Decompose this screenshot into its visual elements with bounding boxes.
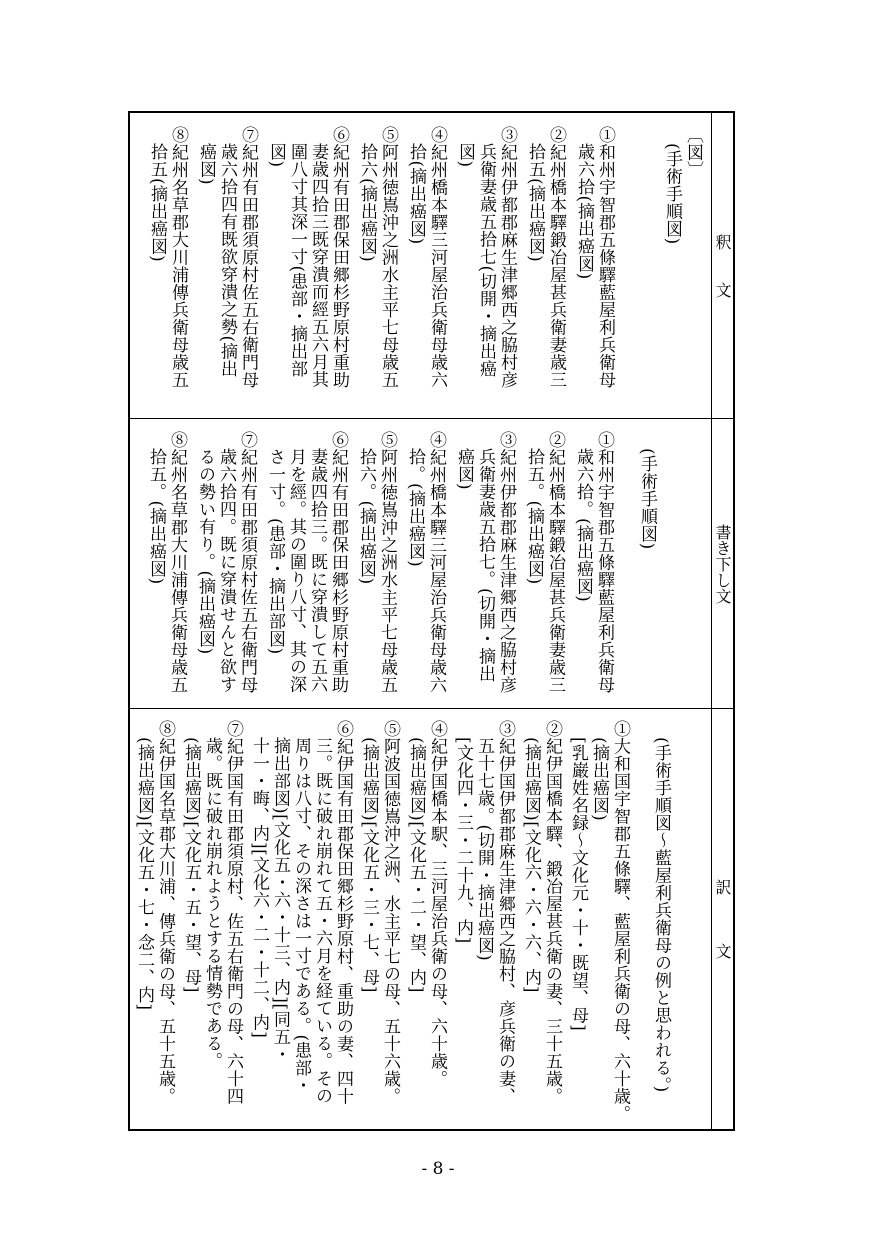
entry-first-column: ⑥紀伊国有田郡保田郷杉野原村、重助の妻、四十 <box>332 720 353 1129</box>
entry-continuation-column: 兵衛妻歳五拾七(切開・摘出癌 <box>475 126 496 418</box>
section-yakubun-content: (手術手順図〜藍屋利兵衛母の例と思われる。)①大和国宇智郡五條驛、藍屋利兵衛の母… <box>130 709 711 1129</box>
entry-continuation-column: 三。既に破れ崩れて五・六月を経ている。その <box>311 720 332 1129</box>
section-kakikudashibun-label: 書き下し文 <box>711 419 733 708</box>
heading-column: (手術手順図) <box>636 431 657 708</box>
section-label-text: 訳 文 <box>713 879 732 959</box>
case-entry: ⑤阿州徳嶌沖之洲水主平七母歳五拾六(摘出癌図) <box>356 126 398 418</box>
entry-continuation-column: 図) <box>265 126 286 418</box>
entry-continuation-column: 歳六拾(摘出癌図) <box>573 126 594 418</box>
entry-continuation-column: 拾五。(摘出癌図) <box>145 431 166 708</box>
entry-continuation-column: 摘出部図)[文化五・六・十三、内][同五・ <box>269 720 290 1129</box>
case-entry: ④紀伊国橋本駅、三河屋治兵衛の母、六十歳。(摘出癌図)[文化五・二・望、内] <box>405 720 447 1129</box>
case-entry: ①和州宇智郡五條驛藍屋利兵衛母歳六拾。(摘出癌図) <box>572 431 614 708</box>
entry-continuation-column: るの勢い有り。(摘出癌図) <box>194 431 215 708</box>
entry-continuation-column: 圍八寸其深一寸(患部・摘出部 <box>286 126 307 418</box>
section-shakubun-label: 釈 文 <box>711 113 733 418</box>
entry-continuation-column: 拾六(摘出癌図) <box>356 126 377 418</box>
entry-first-column: ⑤阿波国徳嶌沖之洲、水主平七の母、五十六歳。 <box>379 720 400 1129</box>
entry-continuation-column: 妻歳四拾三。既に穿潰して五六 <box>306 431 327 708</box>
entry-continuation-column: 歳六拾四有既欲穿潰之勢(摘出 <box>216 126 237 418</box>
entry-first-column: ①和州宇智郡五條驛藍屋利兵衛母 <box>594 126 615 418</box>
case-entry: ②紀伊国橋本驛、鍛冶屋甚兵衛の妻、三十五歳。(摘出癌図)[文化六・六・六、内] <box>520 720 562 1129</box>
entry-continuation-column: [乳巌姓名録〜文化元・十・既望、母] <box>567 720 588 1129</box>
three-band-table: 〔図〕(手術手順図)①和州宇智郡五條驛藍屋利兵衛母歳六拾(摘出癌図)②紀州橋本驛… <box>128 111 735 1131</box>
entry-continuation-column: 歳六拾四。既に穿潰せんと欲す <box>215 431 236 708</box>
heading-column: (手術手順図〜藍屋利兵衛母の例と思われる。) <box>650 720 671 1129</box>
section-kakikudashibun-content: (手術手順図)①和州宇智郡五條驛藍屋利兵衛母歳六拾。(摘出癌図)②紀州橋本驛鍛冶… <box>130 419 711 708</box>
section-yakubun-label: 訳 文 <box>711 709 733 1129</box>
case-entry: ⑥紀州有田郡保田郷杉野原村重助妻歳四拾三既穿潰而經五六月其圍八寸其深一寸(患部・… <box>265 126 349 418</box>
case-entry: ④紀州橋本驛三河屋治兵衛母歳六拾(摘出癌図) <box>405 126 447 418</box>
section-kakikudashibun: (手術手順図)①和州宇智郡五條驛藍屋利兵衛母歳六拾。(摘出癌図)②紀州橋本驛鍛冶… <box>130 418 733 708</box>
entry-first-column: ⑤阿州徳嶌沖之洲水主平七母歳五 <box>376 431 397 708</box>
case-entry: ③紀州伊都郡麻生津郷西之脇村彦兵衛妻歳五拾七。(切開・摘出癌図) <box>453 431 516 708</box>
entry-continuation-column: 兵衛妻歳五拾七。(切開・摘出 <box>474 431 495 708</box>
entry-first-column: ②紀州橋本驛鍛冶屋甚兵衛妻歳三 <box>545 126 566 418</box>
entry-first-column: ⑤阿州徳嶌沖之洲水主平七母歳五 <box>377 126 398 418</box>
document-page: 〔図〕(手術手順図)①和州宇智郡五條驛藍屋利兵衛母歳六拾(摘出癌図)②紀州橋本驛… <box>0 0 876 1239</box>
section-shakubun: 〔図〕(手術手順図)①和州宇智郡五條驛藍屋利兵衛母歳六拾(摘出癌図)②紀州橋本驛… <box>130 113 733 418</box>
case-entry: ⑥紀州有田郡保田郷杉野原村重助妻歳四拾三。既に穿潰して五六月を經。其の圍り八寸、… <box>264 431 348 708</box>
entry-first-column: ⑥紀州有田郡保田郷杉野原村重助 <box>328 126 349 418</box>
entry-continuation-column: 五十七歳。(切開・摘出癌図) <box>473 720 494 1129</box>
entry-first-column: ⑧紀州名草郡大川浦傳兵衛母歳五 <box>166 431 187 708</box>
section-heading-block: 〔図〕(手術手順図) <box>661 126 703 418</box>
entry-continuation-column: 拾六。(摘出癌図) <box>355 431 376 708</box>
entry-first-column: ⑦紀伊国有田郡須原村、佐五右衛門の母、六十四 <box>222 720 243 1129</box>
case-entry: ⑧紀州名草郡大川浦傳兵衛母歳五拾五(摘出癌図) <box>146 126 188 418</box>
entry-first-column: ④紀州橋本驛三河屋治兵衛母歳六 <box>425 431 446 708</box>
entry-first-column: ⑧紀州名草郡大川浦傳兵衛母歳五 <box>167 126 188 418</box>
case-entry: ③紀伊国伊都郡麻生津郷西之脇村、彦兵衛の妻、五十七歳。(切開・摘出癌図)[文化四… <box>452 720 515 1129</box>
section-heading-block: (手術手順図〜藍屋利兵衛母の例と思われる。) <box>650 720 671 1129</box>
case-entry: ⑥紀伊国有田郡保田郷杉野原村、重助の妻、四十三。既に破れ崩れて五・六月を経ている… <box>248 720 353 1129</box>
case-entry: ⑦紀州有田郡須原村佐五右衛門母歳六拾四。既に穿潰せんと欲するの勢い有り。(摘出癌… <box>194 431 257 708</box>
case-entry: ①和州宇智郡五條驛藍屋利兵衛母歳六拾(摘出癌図) <box>573 126 615 418</box>
entry-first-column: ③紀州伊都郡麻生津郷西之脇村彦 <box>496 126 517 418</box>
entry-first-column: ④紀伊国橋本駅、三河屋治兵衛の母、六十歳。 <box>426 720 447 1129</box>
entry-first-column: ③紀伊国伊都郡麻生津郷西之脇村、彦兵衛の妻、 <box>494 720 515 1129</box>
entry-first-column: ③紀州伊都郡麻生津郷西之脇村彦 <box>495 431 516 708</box>
entry-continuation-column: (摘出癌図)[文化五・二・望、内] <box>405 720 426 1129</box>
entry-first-column: ①大和国宇智郡五條驛、藍屋利兵衛の母、六十歳。 <box>609 720 630 1129</box>
entry-continuation-column: 癌図) <box>453 431 474 708</box>
entry-first-column: ⑦紀州有田郡須原村佐五右衛門母 <box>237 126 258 418</box>
entry-continuation-column: 拾五(摘出癌図) <box>146 126 167 418</box>
entry-continuation-column: 十一・晦、内][文化六・二・十二、内] <box>248 720 269 1129</box>
entry-first-column: ①和州宇智郡五條驛藍屋利兵衛母 <box>593 431 614 708</box>
entry-continuation-column: 周りは八寸、その深さは一寸である。(患部・ <box>290 720 311 1129</box>
case-entry: ③紀州伊都郡麻生津郷西之脇村彦兵衛妻歳五拾七(切開・摘出癌図) <box>454 126 517 418</box>
entry-continuation-column: 拾。(摘出癌図) <box>404 431 425 708</box>
entry-continuation-column: 妻歳四拾三既穿潰而經五六月其 <box>307 126 328 418</box>
entry-continuation-column: さ一寸。(患部・摘出部図) <box>264 431 285 708</box>
entry-continuation-column: (摘出癌図)[文化五・七・念二、内] <box>133 720 154 1129</box>
case-entry: ①大和国宇智郡五條驛、藍屋利兵衛の母、六十歳。(摘出癌図)[乳巌姓名録〜文化元・… <box>567 720 630 1129</box>
case-entry: ⑦紀伊国有田郡須原村、佐五右衛門の母、六十四歳。既に破れ崩れようとする情勢である… <box>180 720 243 1129</box>
entry-continuation-column: 歳。既に破れ崩れようとする情勢である。 <box>201 720 222 1129</box>
heading-column: 〔図〕 <box>682 126 703 418</box>
case-entry: ⑧紀伊国名草郡大川浦、傳兵衛の母、五十五歳。(摘出癌図)[文化五・七・念二、内] <box>133 720 175 1129</box>
case-entry: ②紀州橋本驛鍛冶屋甚兵衛妻歳三拾五。(摘出癌図) <box>523 431 565 708</box>
entry-continuation-column: (摘出癌図)[文化六・六・六、内] <box>520 720 541 1129</box>
entry-first-column: ⑥紀州有田郡保田郷杉野原村重助 <box>327 431 348 708</box>
heading-column: (手術手順図) <box>661 126 682 418</box>
page-number: - 8 - <box>0 1159 876 1179</box>
entry-first-column: ②紀伊国橋本驛、鍛冶屋甚兵衛の妻、三十五歳。 <box>541 720 562 1129</box>
case-entry: ⑤阿波国徳嶌沖之洲、水主平七の母、五十六歳。(摘出癌図)[文化五・三・七、母] <box>358 720 400 1129</box>
entry-first-column: ④紀州橋本驛三河屋治兵衛母歳六 <box>426 126 447 418</box>
entry-first-column: ⑦紀州有田郡須原村佐五右衛門母 <box>236 431 257 708</box>
entry-continuation-column: 拾五(摘出癌図) <box>524 126 545 418</box>
entry-continuation-column: 歳六拾。(摘出癌図) <box>572 431 593 708</box>
case-entry: ④紀州橋本驛三河屋治兵衛母歳六拾。(摘出癌図) <box>404 431 446 708</box>
entry-continuation-column: 月を經。其の圍り八寸、其の深 <box>285 431 306 708</box>
entry-first-column: ②紀州橋本驛鍛冶屋甚兵衛妻歳三 <box>544 431 565 708</box>
section-yakubun: (手術手順図〜藍屋利兵衛母の例と思われる。)①大和国宇智郡五條驛、藍屋利兵衛の母… <box>130 708 733 1129</box>
entry-continuation-column: [文化四・三・二十九、内] <box>452 720 473 1129</box>
section-label-text: 釈 文 <box>713 234 732 298</box>
section-heading-block: (手術手順図) <box>636 431 657 708</box>
entry-continuation-column: 拾五。(摘出癌図) <box>523 431 544 708</box>
entry-continuation-column: (摘出癌図)[文化五・五・望、母] <box>180 720 201 1129</box>
entry-continuation-column: 拾(摘出癌図) <box>405 126 426 418</box>
case-entry: ⑧紀州名草郡大川浦傳兵衛母歳五拾五。(摘出癌図) <box>145 431 187 708</box>
section-label-text: 書き下し文 <box>713 524 732 604</box>
entry-continuation-column: (摘出癌図) <box>588 720 609 1129</box>
section-shakubun-content: 〔図〕(手術手順図)①和州宇智郡五條驛藍屋利兵衛母歳六拾(摘出癌図)②紀州橋本驛… <box>130 113 711 418</box>
case-entry: ⑦紀州有田郡須原村佐五右衛門母歳六拾四有既欲穿潰之勢(摘出癌図) <box>195 126 258 418</box>
case-entry: ⑤阿州徳嶌沖之洲水主平七母歳五拾六。(摘出癌図) <box>355 431 397 708</box>
entry-continuation-column: 癌図) <box>195 126 216 418</box>
entry-first-column: ⑧紀伊国名草郡大川浦、傳兵衛の母、五十五歳。 <box>154 720 175 1129</box>
case-entry: ②紀州橋本驛鍛冶屋甚兵衛妻歳三拾五(摘出癌図) <box>524 126 566 418</box>
entry-continuation-column: 図) <box>454 126 475 418</box>
entry-continuation-column: (摘出癌図)[文化五・三・七、母] <box>358 720 379 1129</box>
